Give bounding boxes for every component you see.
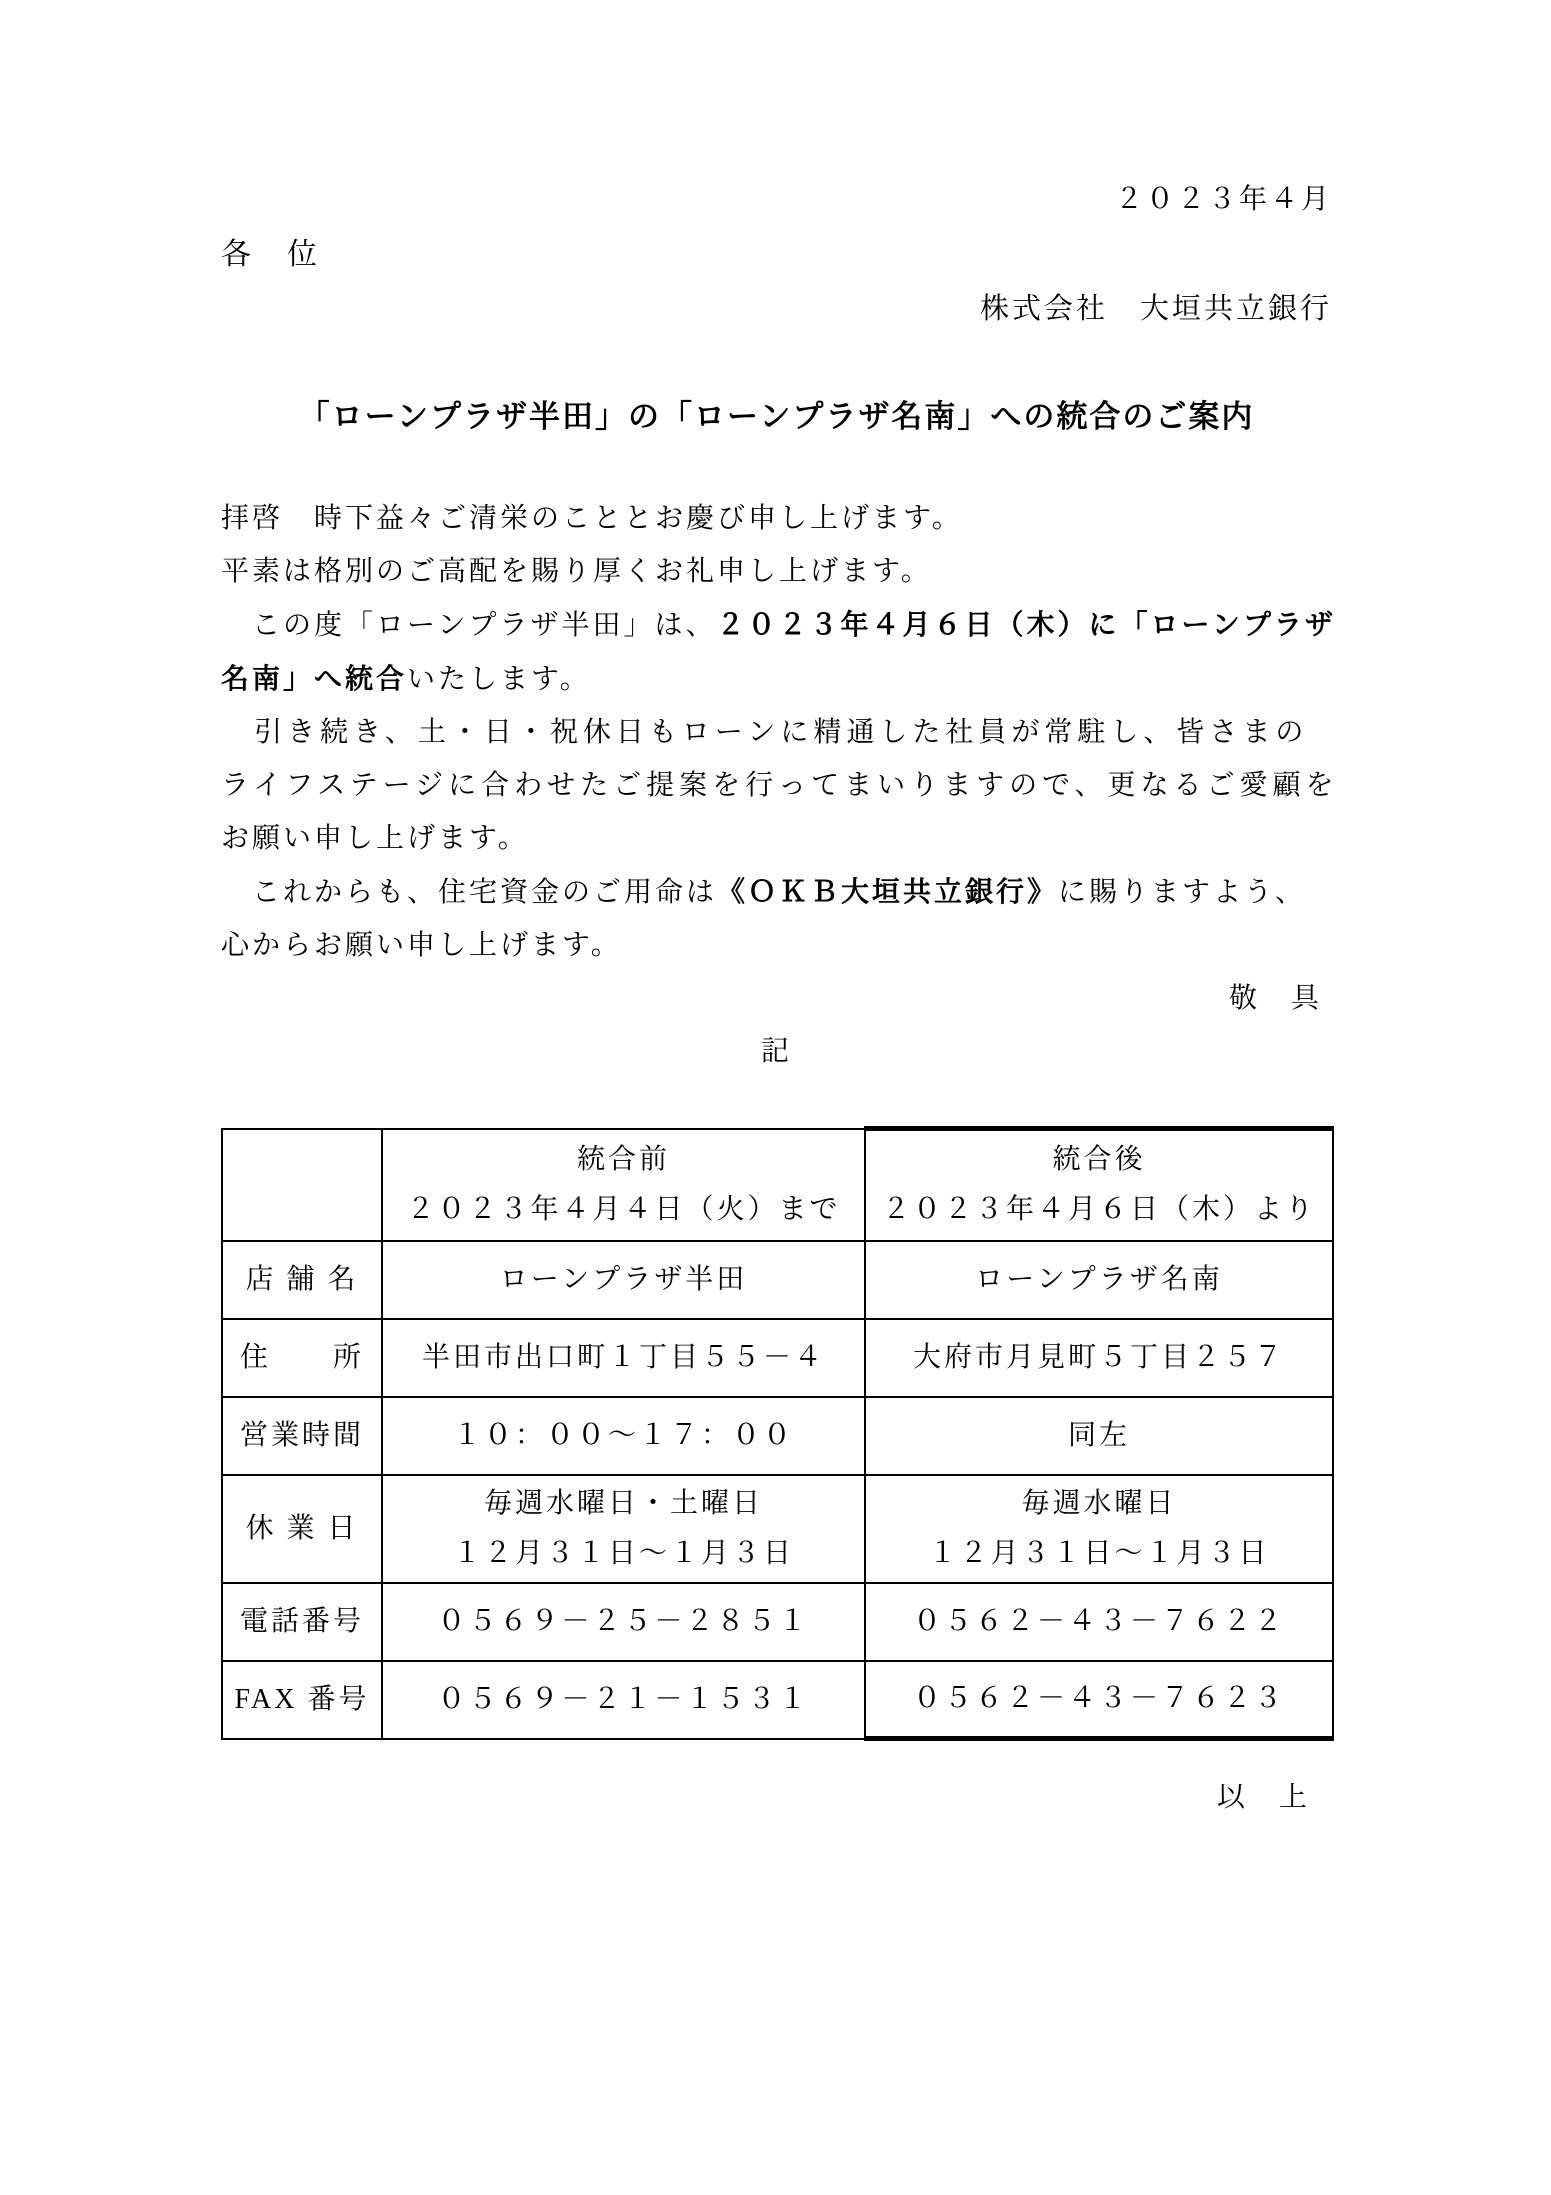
announcement-bold-merge: 名南」へ統合 [221,663,407,694]
body-paragraph-greeting: 拝啓 時下益々ご清栄のこととお慶び申し上げます。 [221,492,1332,545]
col-header-after: 統合後 ２０２３年４月６日（木）より [865,1129,1333,1241]
company-name: 株式会社 大垣共立銀行 [221,290,1332,328]
cell-closed-days-after: 毎週水曜日 １２月３１日～１月３日 [865,1475,1333,1583]
table-row-telephone: 電話番号 ０５６９－２５－２８５１ ０５６２－４３－７６２２ [222,1583,1333,1661]
cell-business-hours-after: 同左 [865,1397,1333,1475]
before-period: ２０２３年４月４日（火）まで [387,1185,860,1235]
body-paragraph-continuity-line2: ライフステージに合わせたご提案を行ってまいりますので、更なるご愛顧を [221,759,1332,812]
request-plain-text: これからも、住宅資金のご用命は [221,877,717,908]
cell-address-after: 大府市月見町５丁目２５７ [865,1319,1333,1397]
row-label-fax: FAX 番号 [222,1661,382,1739]
cell-business-hours-before: １０：００～１７：００ [382,1397,865,1475]
body-paragraph-announcement-line2: 名南」へ統合いたします。 [221,652,1332,706]
body-paragraph-continuity-line1: 引き続き、土・日・祝休日もローンに精通した社員が常駐し、皆さまの [221,706,1332,759]
cell-telephone-after: ０５６２－４３－７６２２ [865,1583,1333,1661]
document-title: 「ローンプラザ半田」の「ローンプラザ名南」への統合のご案内 [221,396,1332,438]
row-label-shop-name: 店 舗 名 [222,1241,382,1319]
table-row-business-hours: 営業時間 １０：００～１７：００ 同左 [222,1397,1333,1475]
cell-closed-days-before: 毎週水曜日・土曜日 １２月３１日～１月３日 [382,1475,865,1583]
body-paragraph-announcement-line1: この度「ローンプラザ半田」は、２０２３年４月６日（木）に「ローンプラザ [221,598,1332,652]
closed-days-after-line1: 毎週水曜日 [870,1479,1328,1529]
row-label-business-hours: 営業時間 [222,1397,382,1475]
announcement-plain-tail: いたします。 [407,664,591,695]
row-label-telephone: 電話番号 [222,1583,382,1661]
announcement-bold-date: ２０２３年４月６日（木）に「ローンプラザ [716,609,1335,640]
body-paragraph-request-line1: これからも、住宅資金のご用命は《ＯＫＢ大垣共立銀行》に賜りますよう、 [221,865,1332,919]
date-text: ２０２３年４月 [221,182,1332,218]
table-row-address: 住 所 半田市出口町１丁目５５－４ 大府市月見町５丁目２５７ [222,1319,1333,1397]
after-title: 統合後 [870,1135,1328,1185]
closing-keigu: 敬 具 [221,972,1332,1025]
after-period: ２０２３年４月６日（木）より [870,1185,1328,1235]
body-paragraph-continuity-line3: お願い申し上げます。 [221,812,1332,865]
closed-days-after-line2: １２月３１日～１月３日 [870,1529,1328,1579]
table-row-closed-days: 休 業 日 毎週水曜日・土曜日 １２月３１日～１月３日 毎週水曜日 １２月３１日… [222,1475,1333,1583]
before-title: 統合前 [387,1135,860,1185]
table-row-header: 統合前 ２０２３年４月４日（火）まで 統合後 ２０２３年４月６日（木）より [222,1129,1333,1241]
header-empty-cell [222,1129,382,1241]
body-paragraph-request-line2: 心からお願い申し上げます。 [221,919,1332,972]
cell-telephone-before: ０５６９－２５－２８５１ [382,1583,865,1661]
closed-days-before-line2: １２月３１日～１月３日 [387,1529,860,1579]
recipient-text: 各 位 [221,236,1332,274]
note-marker-ki: 記 [221,1025,1332,1078]
document-page: ２０２３年４月 各 位 株式会社 大垣共立銀行 「ローンプラザ半田」の「ローンプ… [0,0,1551,2195]
body-paragraph-thanks: 平素は格別のご高配を賜り厚くお礼申し上げます。 [221,545,1332,598]
cell-shop-name-before: ローンプラザ半田 [382,1241,865,1319]
row-label-closed-days: 休 業 日 [222,1475,382,1583]
cell-fax-after: ０５６２－４３－７６２３ [865,1661,1333,1739]
request-plain-tail: に賜りますよう、 [1058,877,1306,908]
request-bold-bank-name: 《ＯＫＢ大垣共立銀行》 [717,876,1058,907]
table-row-fax: FAX 番号 ０５６９－２１－１５３１ ０５６２－４３－７６２３ [222,1661,1333,1739]
cell-fax-before: ０５６９－２１－１５３１ [382,1661,865,1739]
table-row-shop-name: 店 舗 名 ローンプラザ半田 ローンプラザ名南 [222,1241,1333,1319]
letter-body: 拝啓 時下益々ご清栄のこととお慶び申し上げます。 平素は格別のご高配を賜り厚くお… [221,492,1332,972]
end-marker-ijou: 以 上 [221,1771,1332,1824]
col-header-before: 統合前 ２０２３年４月４日（火）まで [382,1129,865,1241]
row-label-address: 住 所 [222,1319,382,1397]
announcement-plain-text: この度「ローンプラザ半田」は、 [221,610,716,641]
closed-days-before-line1: 毎週水曜日・土曜日 [387,1479,860,1529]
cell-address-before: 半田市出口町１丁目５５－４ [382,1319,865,1397]
cell-shop-name-after: ローンプラザ名南 [865,1241,1333,1319]
comparison-table: 統合前 ２０２３年４月４日（火）まで 統合後 ２０２３年４月６日（木）より 店 … [221,1126,1334,1741]
